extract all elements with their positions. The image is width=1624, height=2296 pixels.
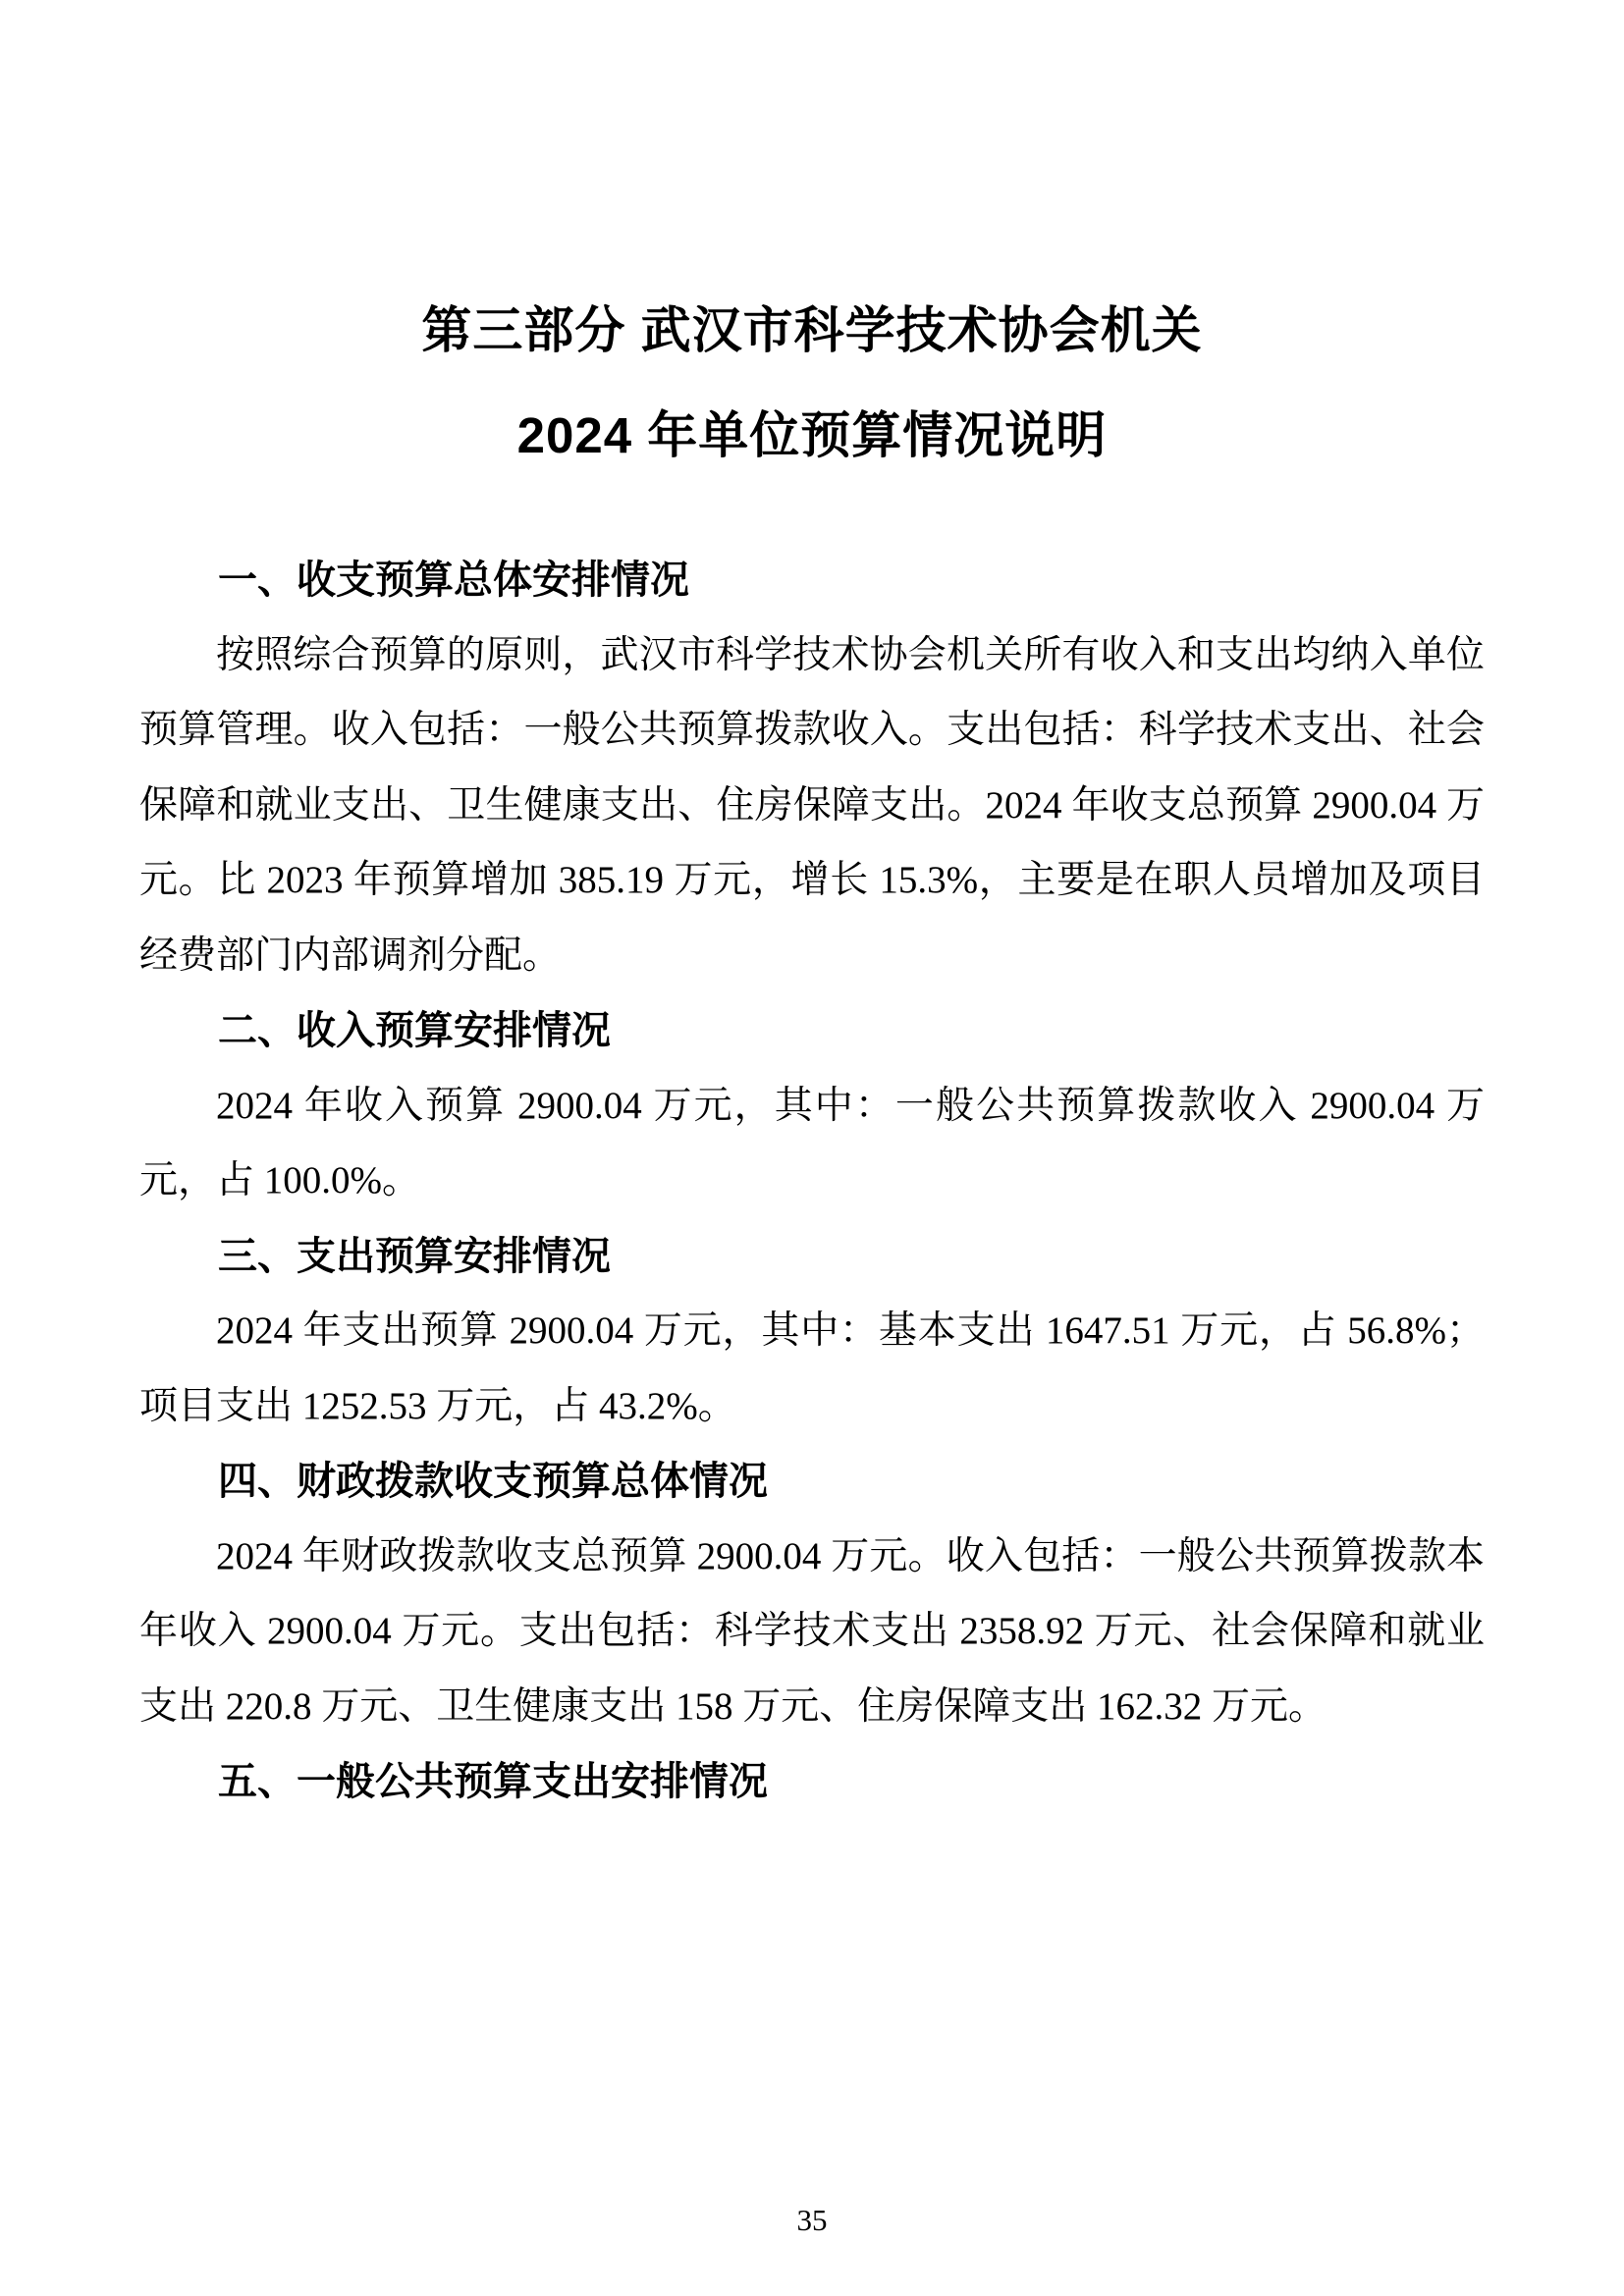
section-paragraph-1: 按照综合预算的原则，武汉市科学技术协会机关所有收入和支出均纳入单位预算管理。收入… (139, 618, 1485, 994)
document-title: 第三部分 武汉市科学技术协会机关 2024 年单位预算情况说明 (139, 278, 1485, 488)
document-title-line1: 第三部分 武汉市科学技术协会机关 (139, 278, 1485, 383)
document-page: 第三部分 武汉市科学技术协会机关 2024 年单位预算情况说明 一、收支预算总体… (0, 0, 1624, 2296)
document-title-line2: 2024 年单位预算情况说明 (139, 383, 1485, 488)
section-heading-1: 一、收支预算总体安排情况 (139, 543, 1485, 618)
section-paragraph-4: 2024 年财政拨款收支总预算 2900.04 万元。收入包括：一般公共预算拨款… (139, 1520, 1485, 1745)
section-paragraph-2: 2024 年收入预算 2900.04 万元，其中：一般公共预算拨款收入 2900… (139, 1069, 1485, 1219)
section-paragraph-3: 2024 年支出预算 2900.04 万元，其中：基本支出 1647.51 万元… (139, 1294, 1485, 1444)
document-body: 一、收支预算总体安排情况 按照综合预算的原则，武汉市科学技术协会机关所有收入和支… (139, 543, 1485, 1820)
section-heading-5: 五、一般公共预算支出安排情况 (139, 1744, 1485, 1820)
section-heading-3: 三、支出预算安排情况 (139, 1219, 1485, 1295)
section-heading-4: 四、财政拨款收支预算总体情况 (139, 1444, 1485, 1520)
page-number: 35 (0, 2205, 1624, 2235)
section-heading-2: 二、收入预算安排情况 (139, 993, 1485, 1069)
